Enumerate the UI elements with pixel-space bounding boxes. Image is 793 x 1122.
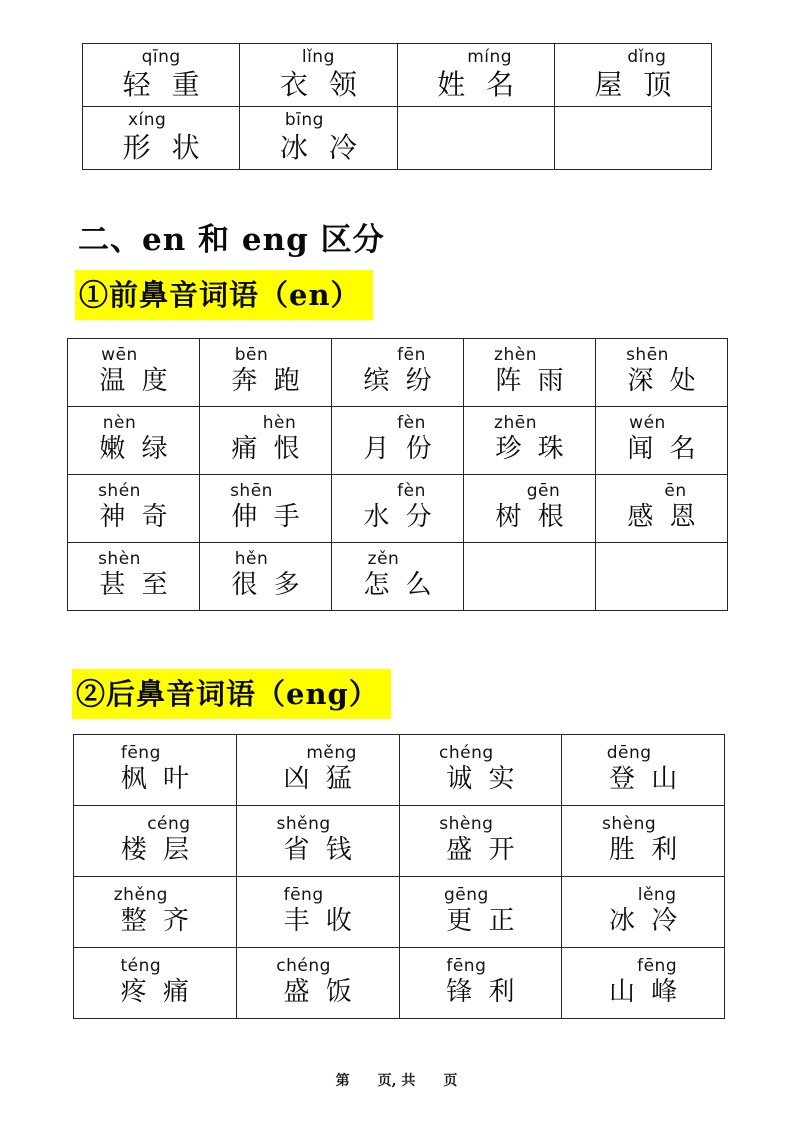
word-cell: qīng 轻 重 [83,44,240,107]
word-cell: dēng 登 山 [562,735,725,806]
table-row: céng 楼 层 shěng 省 钱 shèng 盛 开 shèng 胜 利 [74,806,725,877]
pinyin-label: shēn [200,483,318,501]
hanzi-word: 冰 冷 [240,131,396,165]
pinyin-label: céng [88,816,236,834]
pinyin-label: shèng [562,816,710,834]
hanzi-word: 痛 恨 [200,434,331,465]
word-cell: hèn 痛 恨 [200,407,332,475]
hanzi-word: 神 奇 [68,502,199,533]
pinyin-label: hěn [200,551,318,569]
word-cell: dǐng 屋 顶 [554,44,711,107]
hanzi-word: 省 钱 [237,835,399,866]
word-cell: shēn 深 处 [596,339,728,407]
pinyin-label: wén [596,415,714,433]
pinyin-label: dǐng [569,49,712,67]
word-cell: fēng 山 峰 [562,948,725,1019]
ing-words-table: qīng 轻 重 lǐng 衣 领 míng 姓 名 dǐng 屋 顶 xíng… [82,43,712,170]
page-footer: 第 页, 共 页 [0,1070,793,1090]
table-row: shèn 甚 至 hěn 很 多 zěn 怎 么 [68,543,728,611]
hanzi-word: 诚 实 [400,764,562,795]
pinyin-label: bīng [240,112,383,130]
pinyin-label: fēng [576,958,724,976]
pinyin-label: gēn [478,483,596,501]
word-cell: wén 闻 名 [596,407,728,475]
pinyin-label: fèn [346,483,464,501]
table-row: qīng 轻 重 lǐng 衣 领 míng 姓 名 dǐng 屋 顶 [83,44,712,107]
subtitle-back-nasal-eng: ②后鼻音词语（eng） [72,669,391,719]
hanzi-word: 疼 痛 [74,977,236,1008]
hanzi-word: 嫩 绿 [68,434,199,465]
hanzi-word: 甚 至 [68,570,199,601]
word-cell: chéng 盛 饭 [236,948,399,1019]
table-row: zhěng 整 齐 fēng 丰 收 gēng 更 正 lěng 冰 冷 [74,877,725,948]
table-row: shén 神 奇 shēn 伸 手 fèn 水 分 gēn 树 根 ēn 感 恩 [68,475,728,543]
section-heading: 二、en 和 eng 区分 [78,214,385,259]
empty-cell [464,543,596,611]
hanzi-word: 感 恩 [596,502,727,533]
table-row: wēn 温 度 bēn 奔 跑 fēn 缤 纷 zhèn 阵 雨 shēn 深 … [68,339,728,407]
pinyin-label: shēn [596,347,714,365]
pinyin-label: gēng [399,887,547,905]
word-cell: shēn 伸 手 [200,475,332,543]
pinyin-label: lǐng [240,49,396,67]
table-row: téng 疼 痛 chéng 盛 饭 fēng 锋 利 fēng 山 峰 [74,948,725,1019]
pinyin-label: fēng [236,887,384,905]
word-cell: zěn 怎 么 [332,543,464,611]
word-cell: lěng 冰 冷 [562,877,725,948]
word-cell: zhèn 阵 雨 [464,339,596,407]
word-cell: fēng 锋 利 [399,948,562,1019]
hanzi-word: 楼 层 [74,835,236,866]
pinyin-label: chéng [236,958,384,976]
hanzi-word: 阵 雨 [464,366,595,397]
word-cell: xíng 形 状 [83,107,240,170]
pinyin-label: shèng [399,816,547,834]
hanzi-word: 水 分 [332,502,463,533]
hanzi-word: 很 多 [200,570,331,601]
hanzi-word: 丰 收 [237,906,399,937]
pinyin-label: fēng [74,745,222,763]
hanzi-word: 盛 饭 [237,977,399,1008]
hanzi-word: 温 度 [68,366,199,397]
pinyin-label: zhèn [464,347,582,365]
pinyin-label: bēn [200,347,318,365]
hanzi-word: 锋 利 [400,977,562,1008]
hanzi-word: 山 峰 [562,977,724,1008]
word-cell: ēn 感 恩 [596,475,728,543]
pinyin-label: shèn [68,551,186,569]
hanzi-word: 屋 顶 [555,68,711,102]
hanzi-word: 更 正 [400,906,562,937]
word-cell: lǐng 衣 领 [240,44,397,107]
hanzi-word: 形 状 [83,131,239,165]
word-cell: chéng 诚 实 [399,735,562,806]
hanzi-word: 胜 利 [562,835,724,866]
hanzi-word: 奔 跑 [200,366,331,397]
en-words-table: wēn 温 度 bēn 奔 跑 fēn 缤 纷 zhèn 阵 雨 shēn 深 … [67,338,728,611]
word-cell: bēn 奔 跑 [200,339,332,407]
pinyin-label: zhěng [74,887,222,905]
word-cell: gēn 树 根 [464,475,596,543]
hanzi-word: 月 份 [332,434,463,465]
pinyin-label: fèn [346,415,464,433]
pinyin-label: míng [412,49,555,67]
hanzi-word: 冰 冷 [562,906,724,937]
pinyin-label: nèn [68,415,186,433]
hanzi-word: 轻 重 [83,68,239,102]
word-cell: míng 姓 名 [397,44,554,107]
word-cell: wēn 温 度 [68,339,200,407]
subtitle-front-nasal-en: ①前鼻音词语（en） [75,270,373,320]
word-cell: nèn 嫩 绿 [68,407,200,475]
word-cell: shèn 甚 至 [68,543,200,611]
hanzi-word: 珍 珠 [464,434,595,465]
pinyin-label: shěng [236,816,384,834]
word-cell: fèn 水 分 [332,475,464,543]
word-cell: zhēn 珍 珠 [464,407,596,475]
pinyin-label: chéng [399,745,547,763]
pinyin-label: hèn [214,415,332,433]
hanzi-word: 伸 手 [200,502,331,533]
pinyin-label: měng [251,745,399,763]
table-row: nèn 嫩 绿 hèn 痛 恨 fèn 月 份 zhēn 珍 珠 wén 闻 名 [68,407,728,475]
hanzi-word: 登 山 [562,764,724,795]
pinyin-label: qīng [83,49,239,67]
word-cell: céng 楼 层 [74,806,237,877]
word-cell: zhěng 整 齐 [74,877,237,948]
hanzi-word: 盛 开 [400,835,562,866]
pinyin-label: zhēn [464,415,582,433]
table-row: fēng 枫 叶 měng 凶 猛 chéng 诚 实 dēng 登 山 [74,735,725,806]
pinyin-label: fēn [346,347,464,365]
hanzi-word: 枫 叶 [74,764,236,795]
word-cell: fēn 缤 纷 [332,339,464,407]
empty-cell [596,543,728,611]
empty-cell [397,107,554,170]
word-cell: gēng 更 正 [399,877,562,948]
word-cell: shèng 胜 利 [562,806,725,877]
table-row: xíng 形 状 bīng 冰 冷 [83,107,712,170]
eng-words-table: fēng 枫 叶 měng 凶 猛 chéng 诚 实 dēng 登 山 cén… [73,734,725,1019]
hanzi-word: 凶 猛 [237,764,399,795]
pinyin-label: ēn [610,483,728,501]
pinyin-label: dēng [562,745,710,763]
word-cell: shèng 盛 开 [399,806,562,877]
pinyin-label: fēng [399,958,547,976]
word-cell: hěn 很 多 [200,543,332,611]
empty-cell [554,107,711,170]
word-cell: shěng 省 钱 [236,806,399,877]
word-cell: fèn 月 份 [332,407,464,475]
hanzi-word: 整 齐 [74,906,236,937]
word-cell: téng 疼 痛 [74,948,237,1019]
word-cell: měng 凶 猛 [236,735,399,806]
word-cell: bīng 冰 冷 [240,107,397,170]
hanzi-word: 缤 纷 [332,366,463,397]
word-cell: fēng 枫 叶 [74,735,237,806]
word-cell: shén 神 奇 [68,475,200,543]
pinyin-label: shén [68,483,186,501]
pinyin-label: lěng [576,887,724,905]
pinyin-label: xíng [83,112,226,130]
hanzi-word: 姓 名 [398,68,554,102]
word-cell: fēng 丰 收 [236,877,399,948]
hanzi-word: 树 根 [464,502,595,533]
hanzi-word: 深 处 [596,366,727,397]
pinyin-label: zěn [332,551,450,569]
pinyin-label: téng [74,958,222,976]
pinyin-label: wēn [68,347,186,365]
hanzi-word: 怎 么 [332,570,463,601]
hanzi-word: 闻 名 [596,434,727,465]
hanzi-word: 衣 领 [240,68,396,102]
